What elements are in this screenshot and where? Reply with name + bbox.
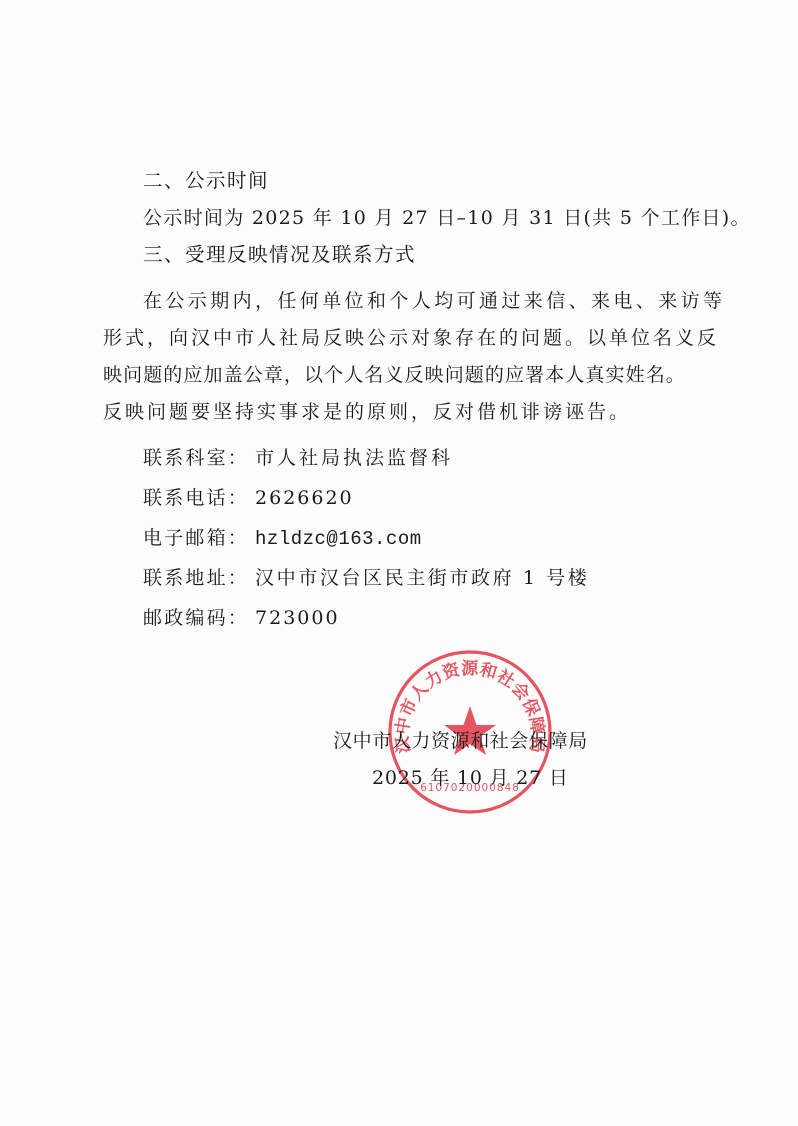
contact-value: 723000	[255, 607, 340, 629]
section-heading-publicity-period: 二、公示时间	[143, 169, 269, 193]
page-background	[5, 6, 793, 1120]
contact-email: 电子邮箱：hzldzc@163.com	[143, 526, 422, 551]
issue-date: 2025 年 10 月 27 日	[372, 766, 569, 790]
publicity-period-text: 公示时间为 2025 年 10 月 27 日–10 月 31 日(共 5 个工作…	[143, 206, 751, 230]
contact-label: 电子邮箱：	[143, 527, 249, 549]
contact-postcode: 邮政编码：723000	[143, 606, 340, 630]
paragraph-line: 反映问题要坚持实事求是的原则，反对借机诽谤诬告。	[103, 400, 631, 424]
contact-value: 2626620	[255, 487, 354, 509]
contact-department: 联系科室：市人社局执法监督科	[143, 446, 453, 470]
contact-value: 汉中市汉台区民主街市政府 1 号楼	[255, 567, 589, 589]
contact-value: hzldzc@163.com	[255, 528, 422, 550]
issuing-organization: 汉中市人力资源和社会保障局	[333, 729, 588, 753]
contact-phone: 联系电话：2626620	[143, 486, 354, 510]
contact-address: 联系地址：汉中市汉台区民主街市政府 1 号楼	[143, 566, 589, 590]
paragraph-line: 形式，向汉中市人社局反映公示对象存在的问题。以单位名义反	[103, 326, 719, 350]
contact-label: 联系地址：	[143, 567, 249, 589]
contact-value: 市人社局执法监督科	[255, 447, 453, 469]
paragraph-line: 在公示期内，任何单位和个人均可通过来信、来电、来访等	[143, 289, 725, 313]
contact-label: 邮政编码：	[143, 607, 249, 629]
contact-label: 联系电话：	[143, 487, 249, 509]
paragraph-line: 映问题的应加盖公章，以个人名义反映问题的应署本人真实姓名。	[103, 363, 686, 387]
contact-label: 联系科室：	[143, 447, 249, 469]
section-heading-feedback-contact: 三、受理反映情况及联系方式	[143, 243, 416, 267]
